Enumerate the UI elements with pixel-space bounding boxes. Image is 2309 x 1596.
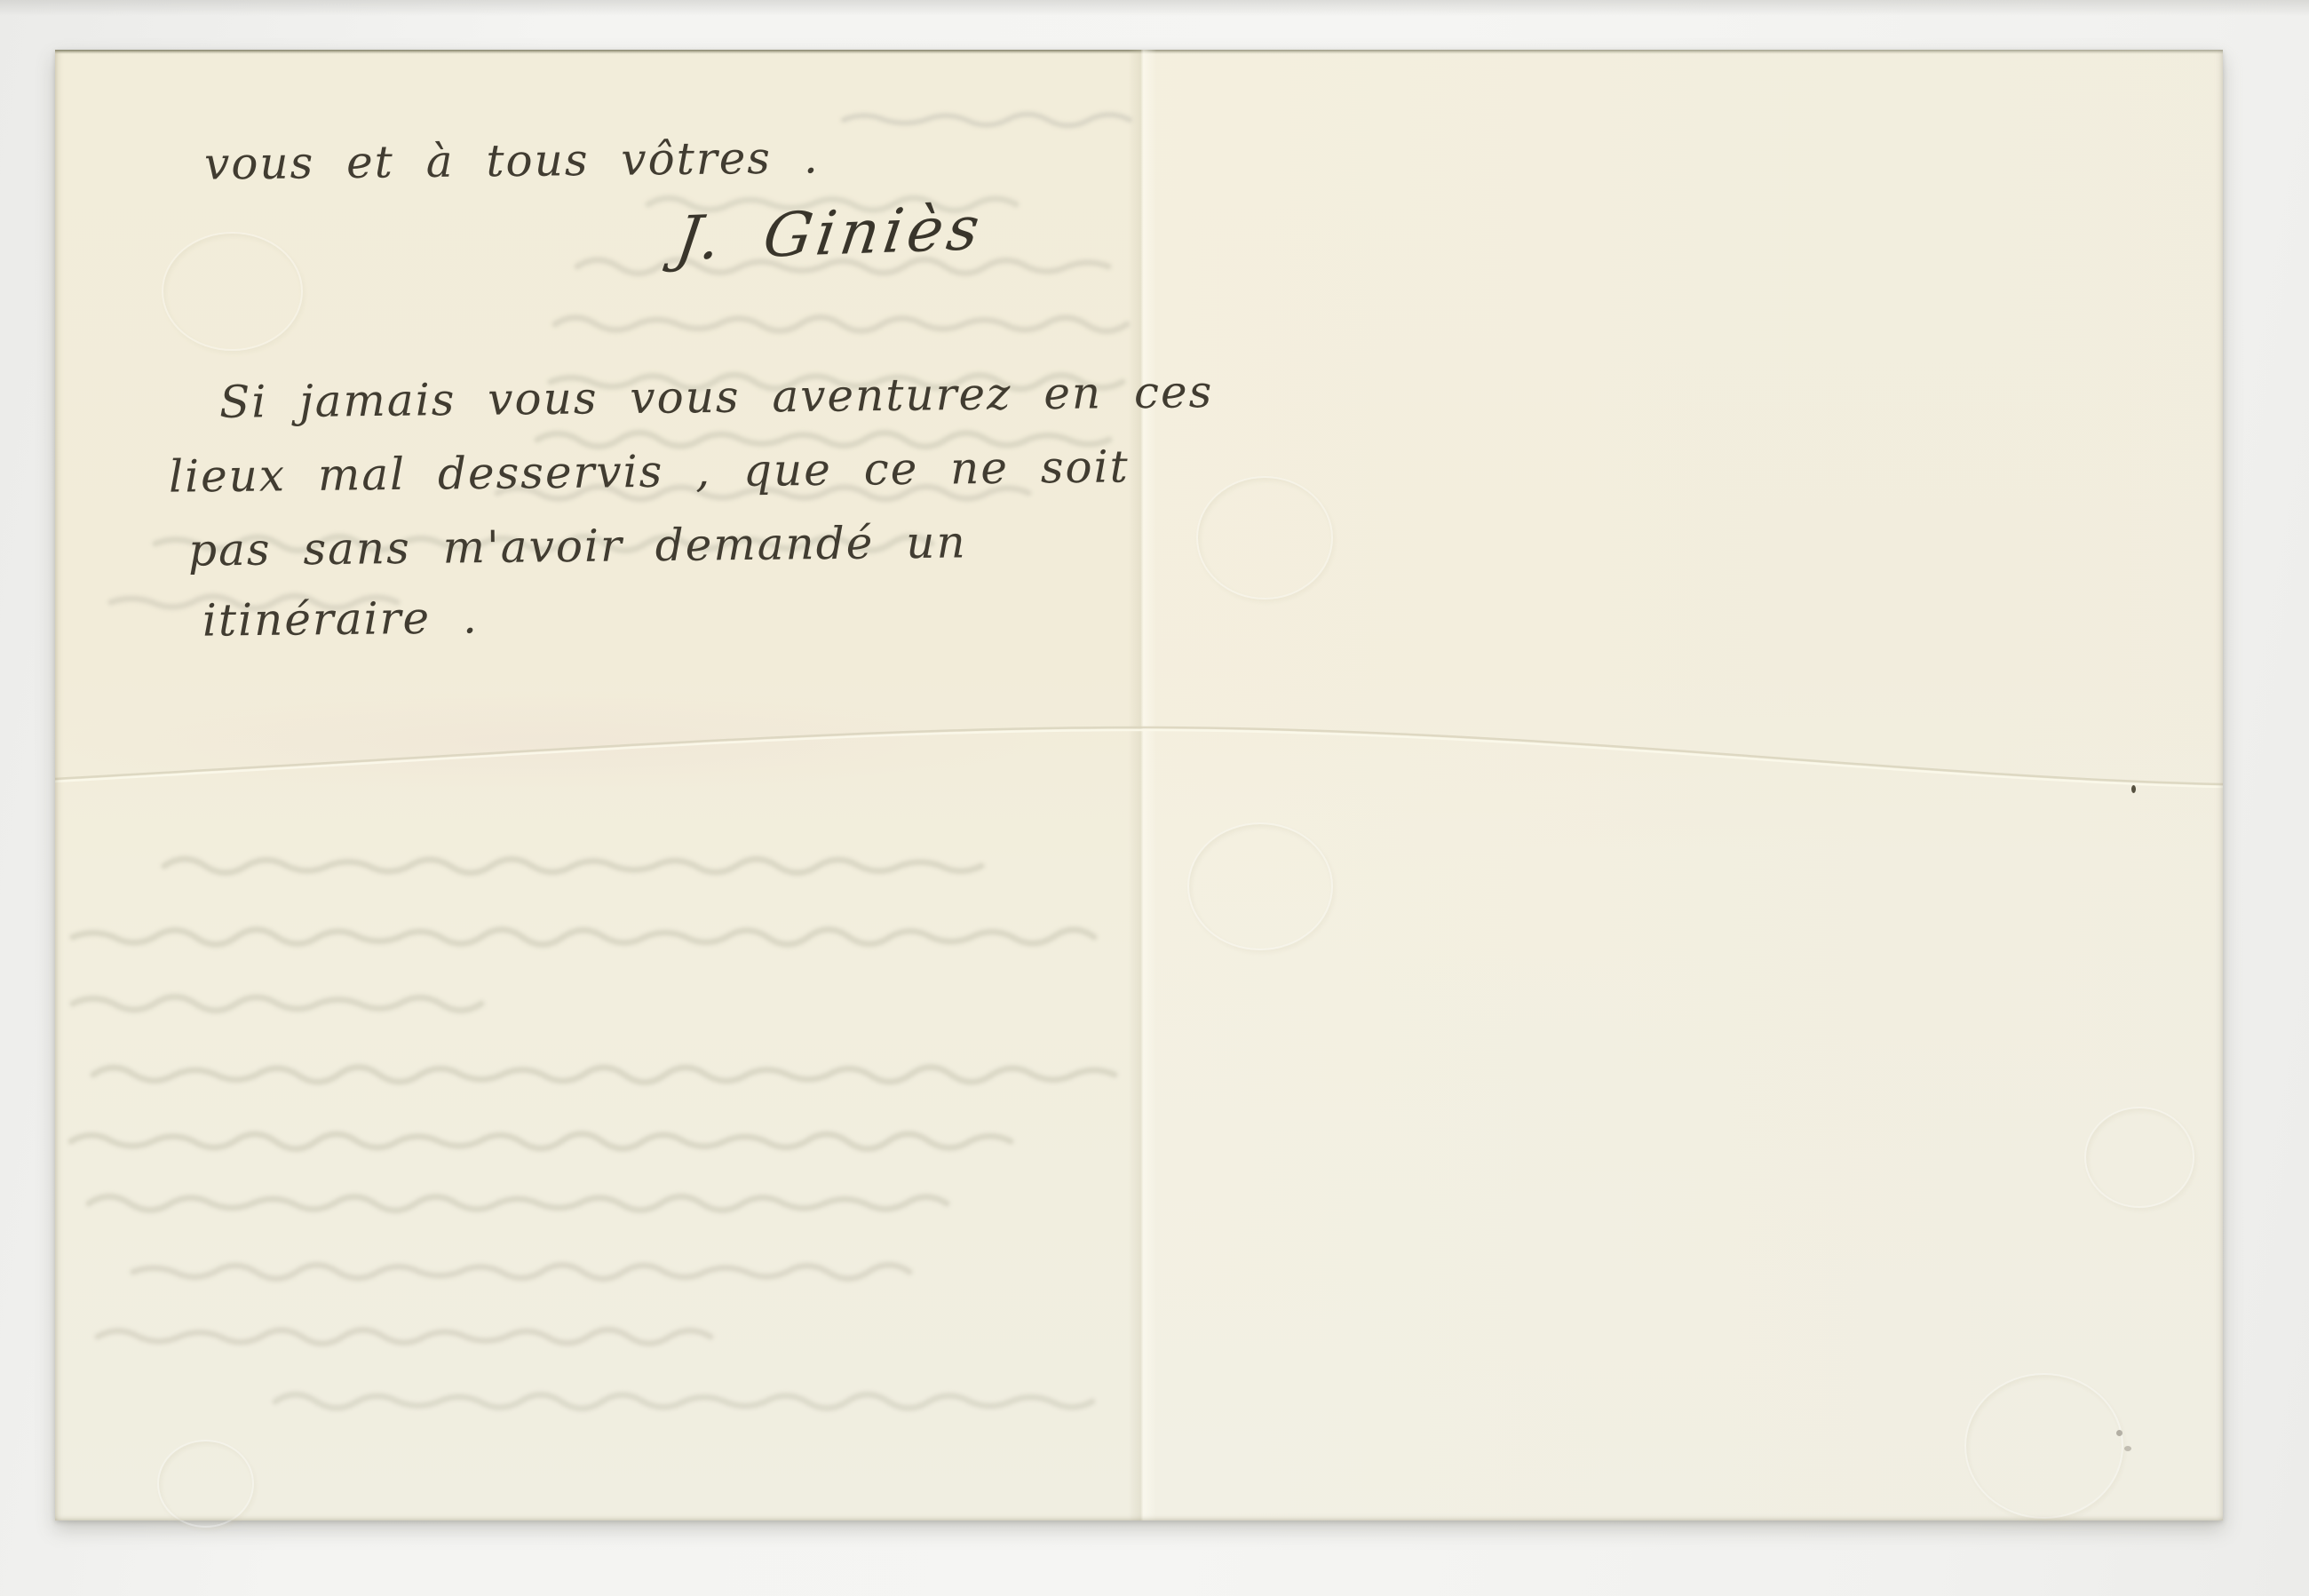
bleedthrough-line [71, 1134, 1011, 1149]
postscript-line-1: Si jamais vous vous aventurez en ces [219, 366, 1214, 428]
ink-speck [2116, 1430, 2123, 1436]
signature: J. Giniès [672, 194, 988, 274]
bleedthrough-line [73, 997, 481, 1010]
postscript-line-2: lieux mal desservis , que ce ne soit [169, 441, 1130, 502]
paper-sheet: vous et à tous vôtres . J. Giniès Si jam… [55, 50, 2223, 1521]
bleedthrough-ink [55, 50, 2223, 1521]
emboss-ring [1196, 476, 1333, 599]
right-blank-page [1141, 50, 2223, 1521]
bleedthrough-line [275, 1394, 1092, 1409]
horizontal-fold-crease [55, 50, 2223, 1521]
bleedthrough-line [555, 317, 1127, 331]
emboss-ring [162, 232, 303, 351]
postscript-line-4: itinéraire . [202, 592, 479, 646]
crease-discoloration [55, 671, 1141, 787]
scanned-letter-page: vous et à tous vôtres . J. Giniès Si jam… [0, 0, 2309, 1596]
emboss-ring [1187, 822, 1333, 950]
emboss-ring [1964, 1373, 2123, 1519]
bleedthrough-line [89, 1196, 947, 1211]
postscript-line-3: pas sans m'avoir demandé un [188, 516, 967, 576]
bleedthrough-line [93, 1068, 1115, 1083]
emboss-ring [2084, 1107, 2194, 1208]
bleedthrough-line [133, 1265, 909, 1279]
bleedthrough-line [98, 1330, 710, 1344]
closing-line: vous et à tous vôtres . [204, 131, 820, 189]
bleedthrough-line [164, 859, 981, 873]
ink-speck [2131, 785, 2136, 793]
ink-speck [2124, 1446, 2131, 1451]
bleedthrough-line [73, 930, 1094, 945]
vertical-fold-crease [1128, 50, 1156, 1521]
emboss-ring [157, 1440, 254, 1528]
bleedthrough-line [844, 115, 1130, 126]
